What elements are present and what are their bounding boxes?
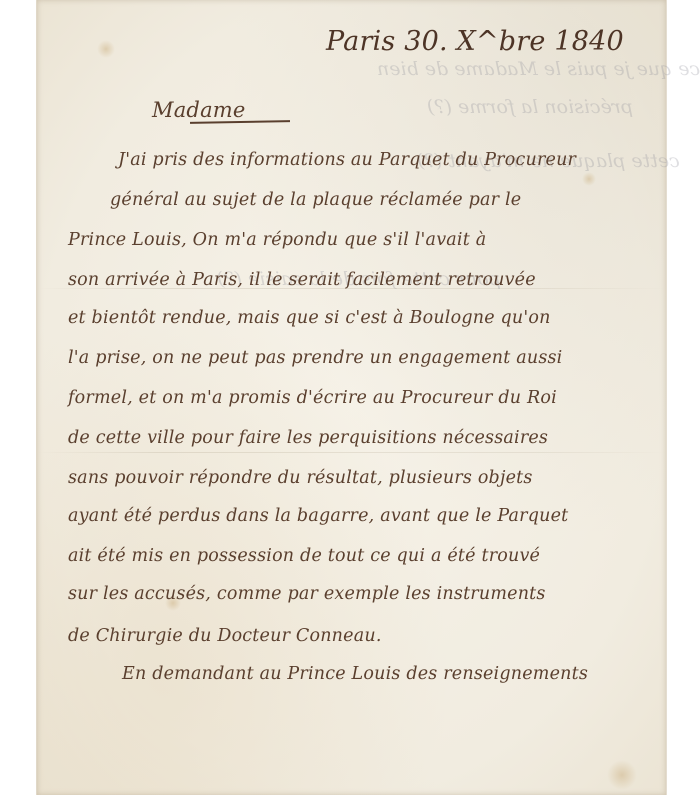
paper-stain	[582, 172, 596, 186]
letter-line: J'ai pris des informations au Parquet du…	[118, 150, 576, 170]
letter-line: sur les accusés, comme par exemple les i…	[68, 584, 546, 604]
paper-fold-line	[37, 452, 666, 453]
letter-line: formel, et on m'a promis d'écrire au Pro…	[68, 388, 557, 408]
letter-line: Prince Louis, On m'a répondu que s'il l'…	[68, 230, 486, 250]
letter-line: sans pouvoir répondre du résultat, plusi…	[68, 468, 533, 488]
letter-line: son arrivée à Paris, il le serait facile…	[68, 270, 536, 290]
bleed-through-text: a ce que je puis le Madame de bien	[377, 58, 700, 80]
bleed-through-text: précision la forme (?)	[427, 96, 633, 118]
letter-line: de cette ville pour faire les perquisiti…	[68, 428, 548, 448]
letter-line: et bientôt rendue, mais que si c'est à B…	[68, 308, 551, 328]
letter-line: l'a prise, on ne peut pas prendre un eng…	[68, 348, 562, 368]
letter-line: ait été mis en possession de tout ce qui…	[68, 546, 540, 566]
letter-dateline: Paris 30. X^bre 1840	[326, 26, 624, 57]
letter-line: général au sujet de la plaque réclamée p…	[110, 190, 521, 210]
letter-salutation: Madame	[152, 98, 246, 122]
letter-line: ayant été perdus dans la bagarre, avant …	[68, 506, 568, 526]
paper-stain	[607, 760, 637, 790]
paper-stain	[97, 40, 115, 58]
letter-line: En demandant au Prince Louis des renseig…	[122, 664, 588, 684]
letter-line: de Chirurgie du Docteur Conneau.	[68, 626, 382, 646]
